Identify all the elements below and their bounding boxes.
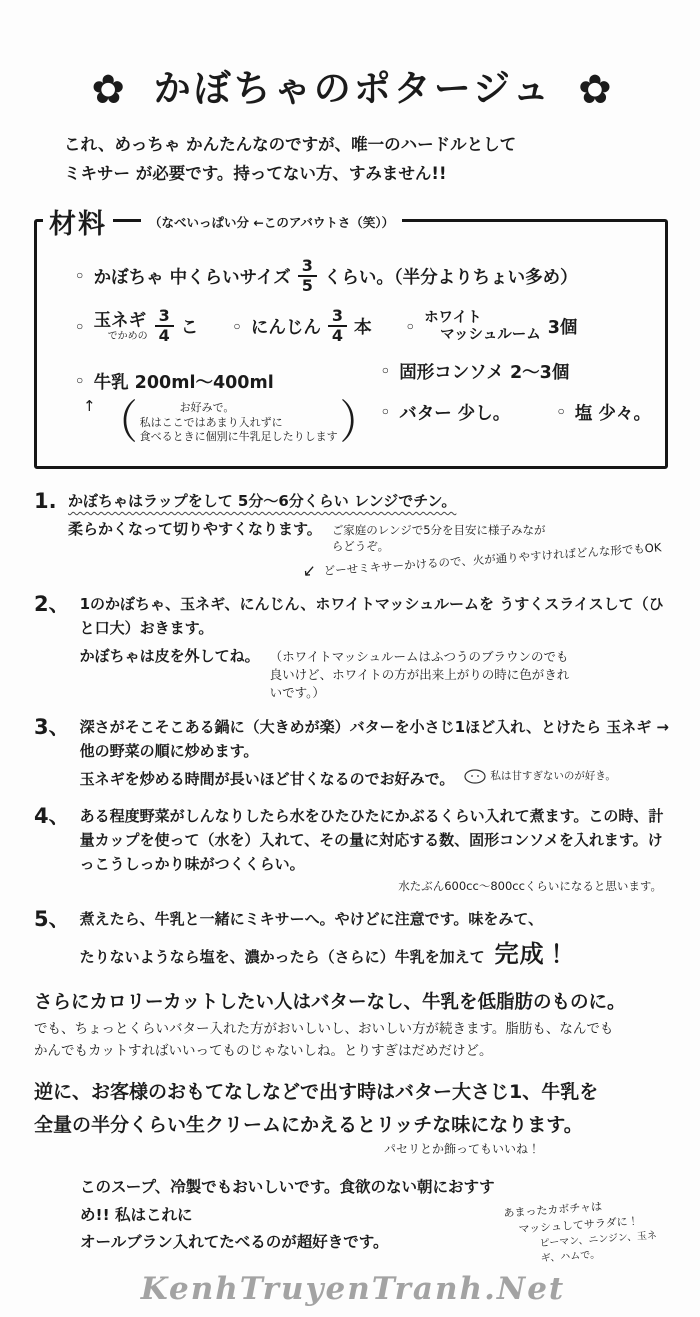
- cold-serve-line1: このスープ、冷製でもおいしいです。食欲のない朝におすすめ!! 私はこれに: [80, 1178, 495, 1224]
- fraction-numerator: 3: [298, 258, 317, 275]
- ingredient-pumpkin: かぼちゃ 中くらいサイズ 3 5 くらい。（半分よりちょい多め）: [75, 258, 578, 295]
- parsley-note: パセリとか飾ってもいいね！: [384, 1141, 672, 1158]
- mushroom-name-line1: ホワイト: [424, 310, 541, 327]
- step-4-number: 4、: [34, 804, 70, 894]
- step-3-onion-text: 玉ネギを炒める時間が長いほど甘くなるのでお好みで。: [80, 767, 455, 791]
- step-2: 2、 1のかぼちゃ、玉ネギ、にんじん、ホワイトマッシュルームを うすくスライスし…: [34, 592, 672, 702]
- intro-line-2: ミキサー が必要です。持ってない方、すみません!!: [64, 164, 446, 183]
- arrow-down-left-icon: ↙: [302, 561, 317, 581]
- calorie-tip-line1: でも、ちょっとくらいバター入れた方がおいしいし、おいしい方が続きます。脂肪も、な…: [34, 1021, 613, 1037]
- ingredient-salt: 塩 少々。: [556, 400, 651, 425]
- step-4-main: ある程度野菜がしんなりしたら水をひたひたにかぶるくらい入れて煮ます。この時、計量…: [80, 804, 672, 876]
- step-4-body: ある程度野菜がしんなりしたら水をひたひたにかぶるくらい入れて煮ます。この時、計量…: [80, 804, 672, 894]
- flower-icon-right: ✿: [568, 67, 625, 113]
- ingredients-box: 材料 （なべいっぱい分 ←このアバウトさ（笑）） かぼちゃ 中くらいサイズ 3 …: [34, 219, 668, 469]
- step-1-result-text: 柔らかくなって切りやすくなります。: [68, 517, 322, 541]
- step-5-line2: たりないようなら塩を、濃かったら（さらに）牛乳を加えて 完成！: [80, 935, 672, 973]
- calorie-tip-line2: かんでもカットすればいいってものじゃないしね。とりすぎはだめだけど。: [34, 1043, 492, 1059]
- intro-line-1: これ、めっちゃ かんたんなのですが、唯一のハードルとして: [64, 135, 516, 154]
- milk-note-line3: 食べるときに個別に牛乳足したりします: [140, 430, 338, 445]
- onion-label: 玉ネギ: [94, 312, 148, 331]
- leftover-pumpkin-note: あまったカボチャは マッシュしてサラダに！ ピーマン、ニンジン、玉ネギ、ハムで。: [503, 1194, 674, 1269]
- fraction-denominator: 4: [328, 325, 347, 345]
- ingredient-row-vegetables: 玉ネギ でかめの 3 4 こ にんじん 3 4 本 ホワイト: [75, 308, 651, 345]
- page-title: ✿ かぼちゃのポタージュ ✿: [34, 58, 672, 113]
- step-2-number: 2、: [34, 592, 70, 702]
- step-1-number: 1.: [34, 489, 58, 579]
- step-3-preference-note: 私は甘すぎないのが好き。: [464, 768, 616, 785]
- step-1-body: かぼちゃはラップをして 5分〜6分くらい レンジでチン。 柔らかくなって切りやす…: [68, 489, 672, 579]
- ingredient-row-bottom: 牛乳 200ml〜400ml ↑ （ お好みで。 私はここではあまり入れずに 食…: [57, 359, 651, 454]
- seasoning-column: 固形コンソメ 2〜3個 バター 少し。 塩 少々。: [381, 359, 651, 425]
- onion-name: 玉ネギ でかめの: [94, 312, 148, 342]
- site-watermark: KenhTruyenTranh.Net: [34, 1271, 672, 1307]
- step-2-body: 1のかぼちゃ、玉ネギ、にんじん、ホワイトマッシュルームを うすくスライスして（ひ…: [80, 592, 672, 702]
- mushroom-count: 3個: [548, 314, 578, 339]
- milk-note-line2: 私はここではあまり入れずに: [140, 416, 338, 431]
- face-doodle-icon: [464, 769, 486, 784]
- up-arrow-icon: ↑: [83, 396, 96, 416]
- flower-icon-left: ✿: [81, 67, 138, 113]
- step-3-main: 深さがそこそこある鍋に（大きめが楽）バターを小さじ1ほど入れ、とけたら 玉ネギ …: [80, 715, 672, 763]
- onion-fraction: 3 4: [155, 308, 174, 345]
- paren-close: ）: [340, 392, 380, 454]
- ingredient-onion: 玉ネギ でかめの 3 4 こ: [75, 308, 198, 345]
- milk-note-lines: お好みで。 私はここではあまり入れずに 食べるときに個別に牛乳足したりします: [140, 401, 338, 446]
- step-1-main-text: かぼちゃはラップをして 5分〜6分くらい レンジでチン。: [68, 492, 456, 510]
- fraction-numerator: 3: [328, 308, 347, 325]
- calorie-tip-heading: さらにカロリーカットしたい人はバターなし、牛乳を低脂肪のものに。: [34, 989, 672, 1017]
- rich-tip-line1: 逆に、お客様のおもてなしなどで出す時はバター大さじ1、牛乳を: [34, 1081, 598, 1103]
- ingredients-box-label: 材料: [43, 202, 113, 241]
- step-5: 5、 煮えたら、牛乳と一緒にミキサーへ。やけどに注意です。味をみて、 たりないよ…: [34, 907, 672, 973]
- rich-tip-line2: 全量の半分くらい生クリームにかえるとリッチな味になります。: [34, 1114, 583, 1136]
- milk-note-line1: お好みで。: [180, 401, 338, 416]
- carrot-label: にんじん: [251, 314, 321, 339]
- cold-serve-text: このスープ、冷製でもおいしいです。食欲のない朝におすすめ!! 私はこれに オール…: [80, 1174, 499, 1263]
- ingredient-row-milk: 牛乳 200ml〜400ml: [75, 369, 380, 394]
- salt-label: 塩 少々。: [575, 400, 651, 425]
- pumpkin-fraction: 3 5: [298, 258, 317, 295]
- step-5-done-text: 完成！: [495, 935, 570, 973]
- step-3-body: 深さがそこそこある鍋に（大きめが楽）バターを小さじ1ほど入れ、とけたら 玉ネギ …: [80, 715, 672, 791]
- fraction-numerator: 3: [155, 308, 174, 325]
- calorie-tip-body: でも、ちょっとくらいバター入れた方がおいしいし、おいしい方が続きます。脂肪も、な…: [34, 1019, 672, 1062]
- step-3-number: 3、: [34, 715, 70, 791]
- instructions-list: 1. かぼちゃはラップをして 5分〜6分くらい レンジでチン。 柔らかくなって切…: [34, 489, 672, 973]
- step-4: 4、 ある程度野菜がしんなりしたら水をひたひたにかぶるくらい入れて煮ます。この時…: [34, 804, 672, 894]
- paren-open: （: [98, 392, 138, 454]
- step-2-skin-note: かぼちゃは皮を外してね。: [80, 644, 260, 668]
- onion-unit: こ: [181, 314, 199, 339]
- pumpkin-amount-note: くらい。（半分よりちょい多め）: [324, 264, 578, 289]
- pumpkin-text: かぼちゃ 中くらいサイズ: [94, 264, 291, 289]
- cold-serve-block: このスープ、冷製でもおいしいです。食欲のない朝におすすめ!! 私はこれに オール…: [80, 1174, 672, 1263]
- step-3-preference-text: 私は甘すぎないのが好き。: [490, 768, 616, 785]
- recipe-page: ✿ かぼちゃのポタージュ ✿ これ、めっちゃ かんたんなのですが、唯一のハードル…: [0, 0, 700, 1317]
- step-2-line2: かぼちゃは皮を外してね。 （ホワイトマッシュルームはふつうのブラウンのでも良いけ…: [80, 644, 672, 702]
- mushroom-name-line2: マッシュルーム: [440, 327, 541, 344]
- ingredient-mushroom: ホワイト マッシュルーム 3個: [405, 310, 577, 343]
- step-1: 1. かぼちゃはラップをして 5分〜6分くらい レンジでチン。 柔らかくなって切…: [34, 489, 672, 579]
- onion-size-note: でかめの: [108, 331, 148, 342]
- ingredients-box-note: （なべいっぱい分 ←このアバウトさ（笑））: [141, 213, 402, 231]
- ingredient-consomme: 固形コンソメ 2〜3個: [381, 359, 651, 384]
- intro-text: これ、めっちゃ かんたんなのですが、唯一のハードルとして ミキサー が必要です。…: [64, 131, 672, 189]
- butter-salt-row: バター 少し。 塩 少々。: [381, 400, 651, 425]
- milk-note: ↑ （ お好みで。 私はここではあまり入れずに 食べるときに個別に牛乳足したりし…: [83, 396, 380, 450]
- step-2-main: 1のかぼちゃ、玉ネギ、にんじん、ホワイトマッシュルームを うすくスライスして（ひ…: [80, 592, 672, 640]
- tips-section: さらにカロリーカットしたい人はバターなし、牛乳を低脂肪のものに。 でも、ちょっと…: [34, 989, 672, 1262]
- step-5-body: 煮えたら、牛乳と一緒にミキサーへ。やけどに注意です。味をみて、 たりないようなら…: [80, 907, 672, 973]
- step-5-main: 煮えたら、牛乳と一緒にミキサーへ。やけどに注意です。味をみて、: [80, 907, 672, 931]
- step-3: 3、 深さがそこそこある鍋に（大きめが楽）バターを小さじ1ほど入れ、とけたら 玉…: [34, 715, 672, 791]
- mushroom-name: ホワイト マッシュルーム: [424, 310, 541, 343]
- step-2-mushroom-note: （ホワイトマッシュルームはふつうのブラウンのでも良いけど、ホワイトの方が出来上が…: [270, 648, 570, 702]
- step-4-water-note: 水たぶん600cc〜800ccくらいになると思います。: [80, 878, 662, 894]
- step-3-line2: 玉ネギを炒める時間が長いほど甘くなるのでお好みで。 私は甘すぎないのが好き。: [80, 767, 672, 791]
- carrot-unit: 本: [354, 314, 372, 339]
- ingredient-butter: バター 少し。: [381, 400, 511, 425]
- rich-version-tip: 逆に、お客様のおもてなしなどで出す時はバター大さじ1、牛乳を 全量の半分くらい生…: [34, 1076, 672, 1141]
- carrot-fraction: 3 4: [328, 308, 347, 345]
- ingredient-row-pumpkin: かぼちゃ 中くらいサイズ 3 5 くらい。（半分よりちょい多め）: [75, 258, 651, 295]
- ingredient-carrot: にんじん 3 4 本: [232, 308, 371, 345]
- step-5-adjust-text: たりないようなら塩を、濃かったら（さらに）牛乳を加えて: [80, 945, 485, 969]
- ingredient-milk: 牛乳 200ml〜400ml: [75, 369, 274, 394]
- cold-serve-line2: オールブラン入れてたべるのが超好きです。: [80, 1233, 388, 1251]
- title-text: かぼちゃのポタージュ: [154, 67, 553, 110]
- consomme-label: 固形コンソメ 2〜3個: [399, 359, 569, 384]
- milk-column: 牛乳 200ml〜400ml ↑ （ お好みで。 私はここではあまり入れずに 食…: [57, 359, 380, 454]
- fraction-denominator: 4: [155, 325, 174, 345]
- step-1-main: かぼちゃはラップをして 5分〜6分くらい レンジでチン。: [68, 489, 672, 513]
- fraction-denominator: 5: [298, 275, 317, 295]
- step-5-number: 5、: [34, 907, 70, 973]
- milk-label: 牛乳 200ml〜400ml: [94, 369, 274, 394]
- butter-label: バター 少し。: [399, 400, 510, 425]
